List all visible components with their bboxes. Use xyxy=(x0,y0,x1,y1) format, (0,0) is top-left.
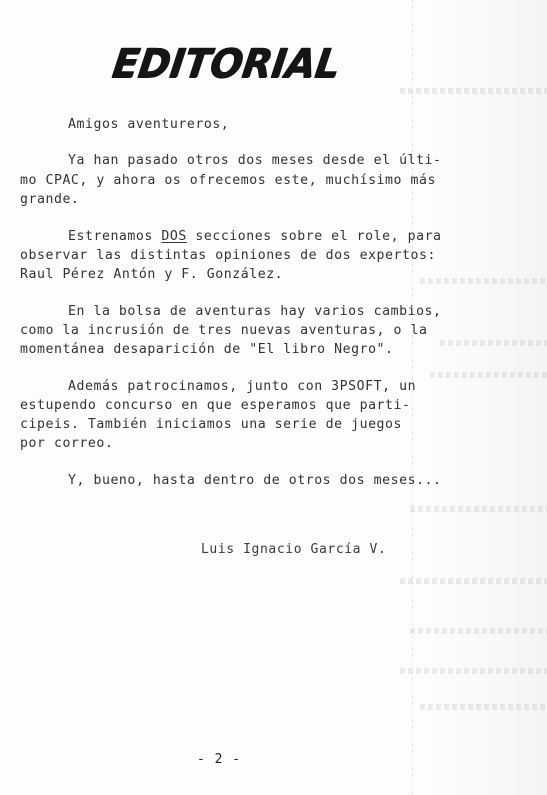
bleed-through-text xyxy=(400,668,547,674)
bleed-through-text xyxy=(400,88,547,94)
bleed-through-text xyxy=(410,506,547,512)
paragraph-2-line-1: Estrenamos DOS secciones sobre el role, … xyxy=(68,228,442,245)
bleed-through-text xyxy=(420,278,547,284)
paragraph-5-line-1: Y, bueno, hasta dentro de otros dos mese… xyxy=(68,472,442,489)
greeting: Amigos aventureros, xyxy=(68,116,229,133)
paragraph-4-line-3: cipeis. También iniciamos una serie de j… xyxy=(20,416,402,433)
bleed-through-text xyxy=(410,628,547,634)
document-page: EDITORIAL Amigos aventureros, Ya han pas… xyxy=(0,0,547,795)
bleed-through-text xyxy=(430,372,547,378)
paragraph-2-suffix: secciones sobre el role, para xyxy=(187,229,442,244)
bleed-through-text xyxy=(420,704,547,710)
emphasis-dos: DOS xyxy=(161,229,186,244)
paragraph-3-line-2: como la incrusión de tres nuevas aventur… xyxy=(20,322,428,339)
paragraph-4-line-2: estupendo concurso en que esperamos que … xyxy=(20,397,411,414)
page-fold-line xyxy=(412,0,413,795)
paragraph-2-line-2: observar las distintas opiniones de dos … xyxy=(20,247,436,264)
paragraph-4-line-1: Además patrocinamos, junto con 3PSOFT, u… xyxy=(68,378,416,395)
paragraph-4-line-4: por correo. xyxy=(20,435,113,452)
bleed-through-text xyxy=(400,578,547,584)
paragraph-2-prefix: Estrenamos xyxy=(68,229,161,244)
paragraph-3-line-3: momentánea desaparición de "El libro Neg… xyxy=(20,341,394,358)
paragraph-1-line-3: grande. xyxy=(20,191,79,208)
signature: Luis Ignacio García V. xyxy=(201,542,386,557)
bleed-through-text xyxy=(440,340,547,346)
paragraph-1-line-2: mo CPAC, y ahora os ofrecemos este, much… xyxy=(20,172,436,189)
editorial-title: EDITORIAL xyxy=(110,40,343,86)
paragraph-3-line-1: En la bolsa de aventuras hay varios camb… xyxy=(68,303,442,320)
paragraph-2-line-3: Raul Pérez Antón y F. González. xyxy=(20,266,283,283)
paragraph-1-line-1: Ya han pasado otros dos meses desde el ú… xyxy=(68,152,442,169)
page-number: - 2 - xyxy=(197,752,241,767)
